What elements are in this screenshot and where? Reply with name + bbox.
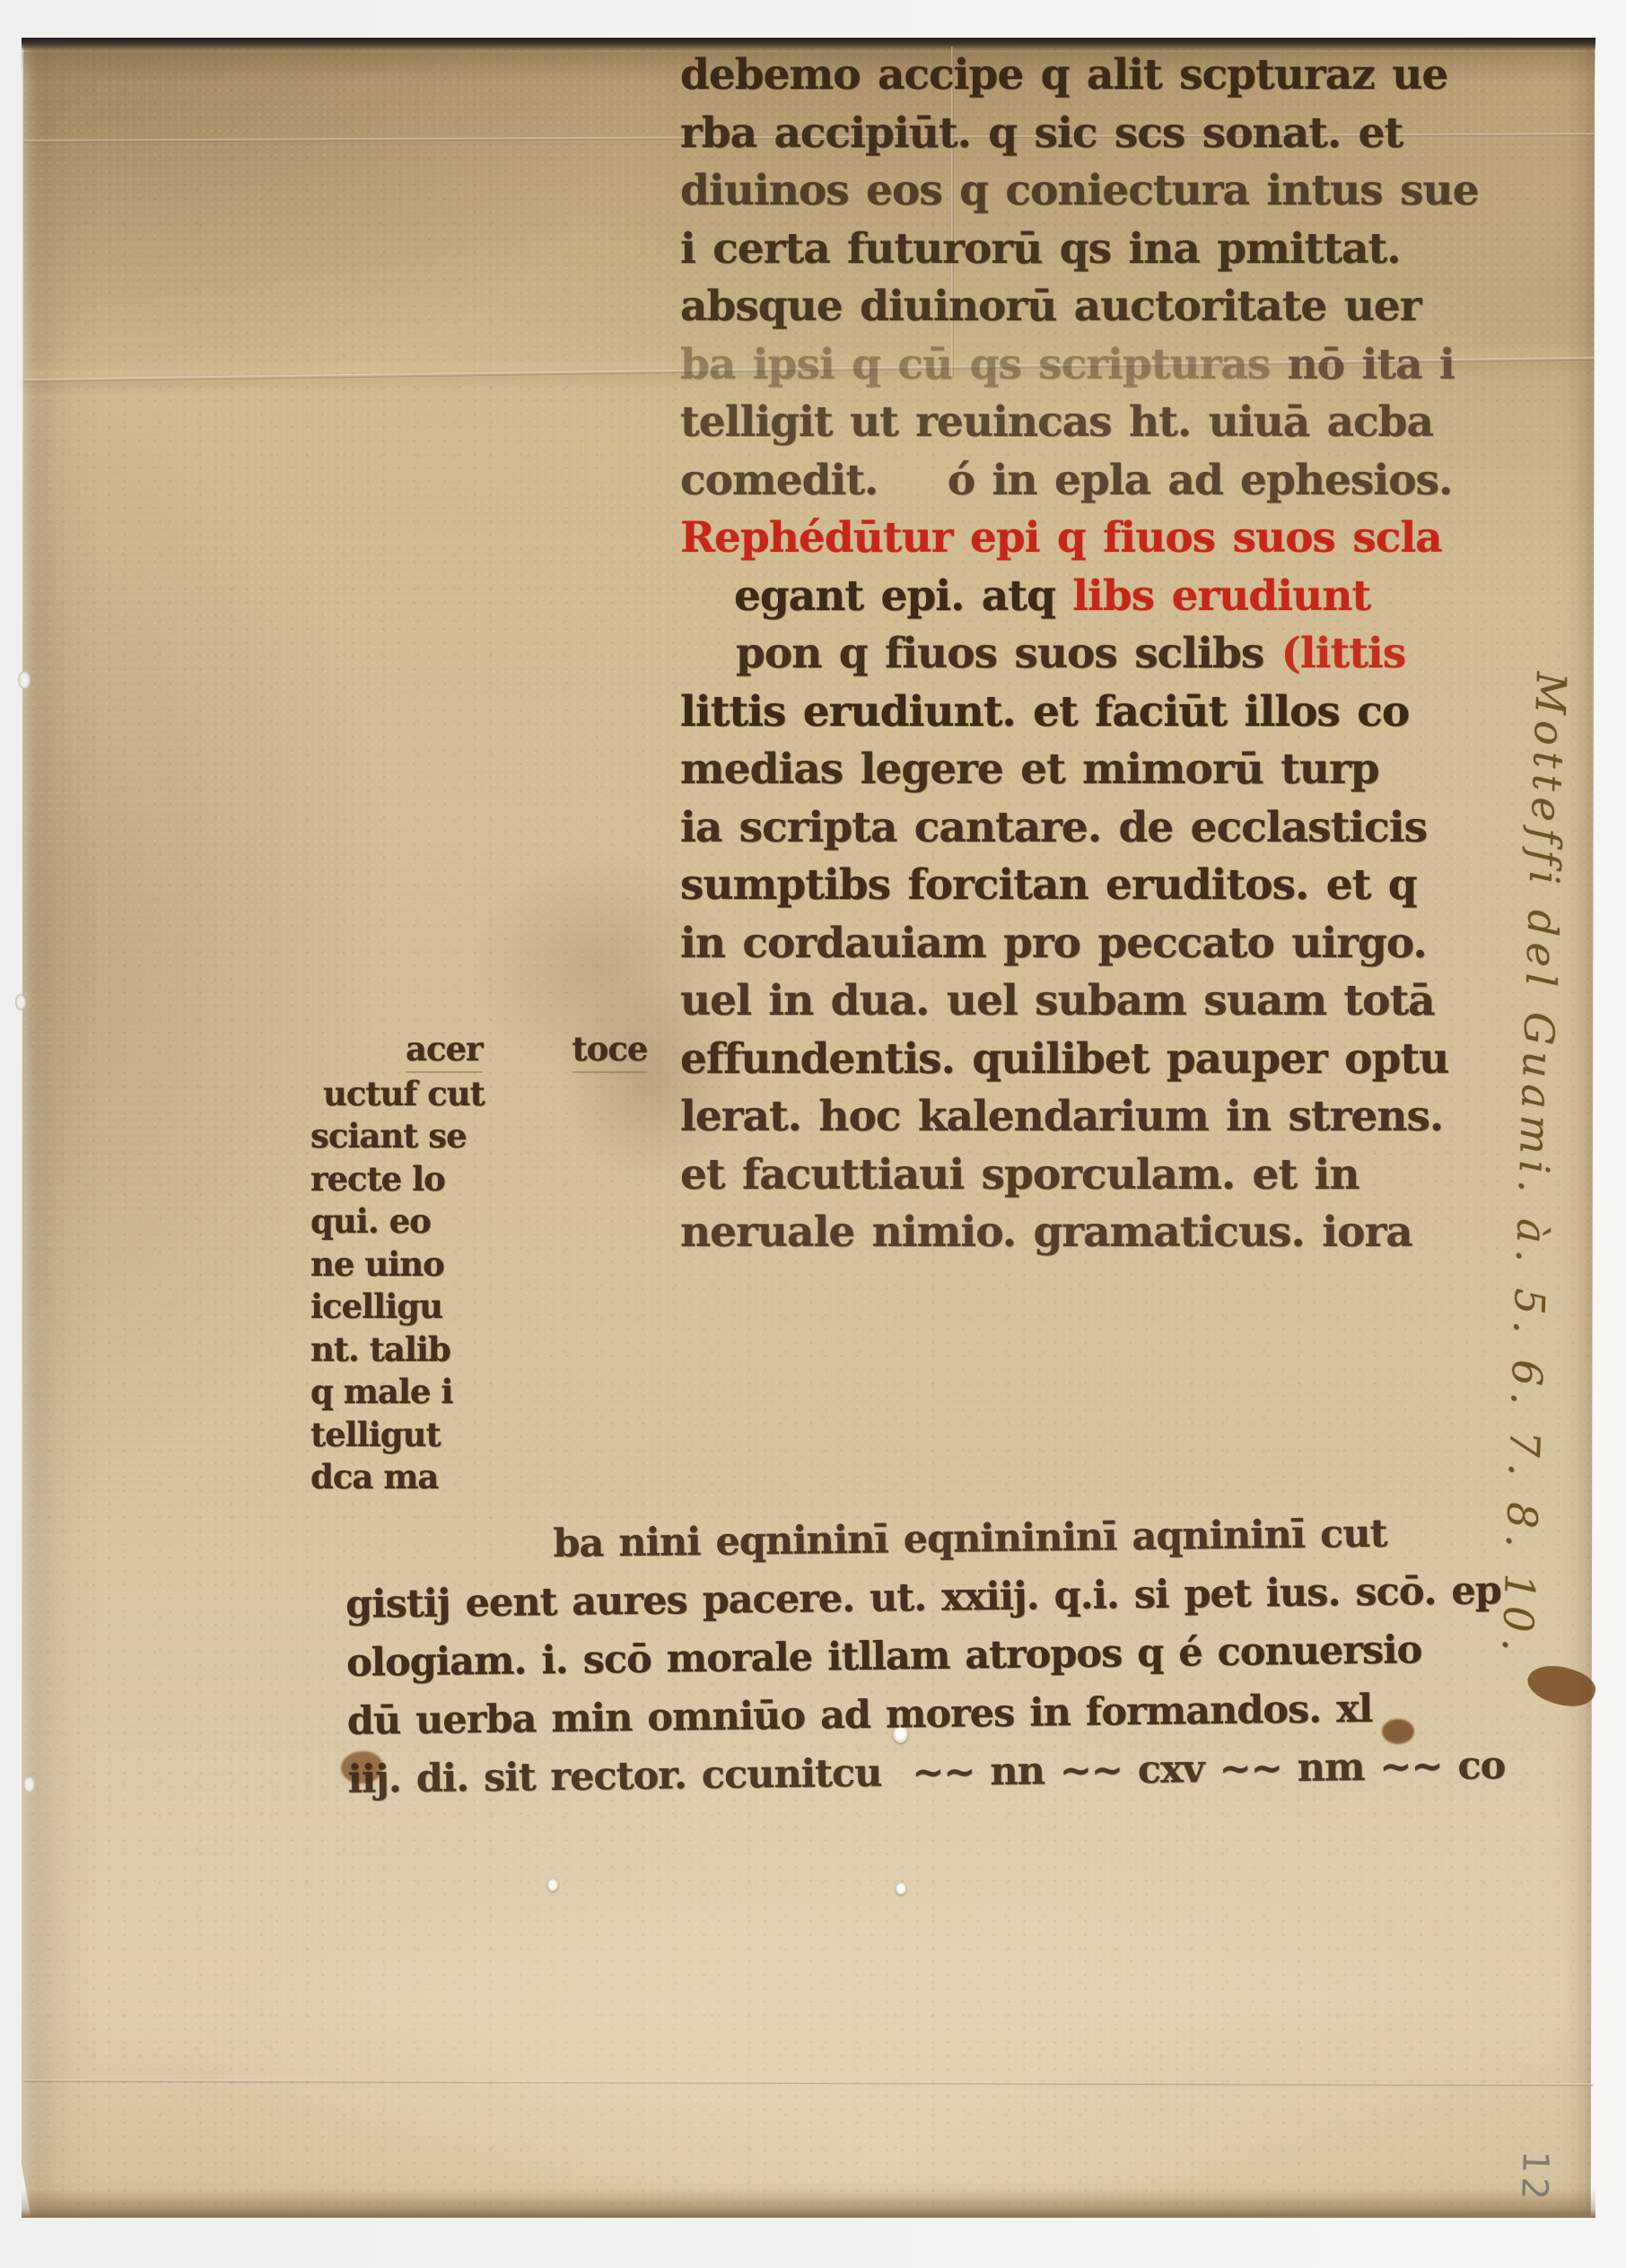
- text-line: acer: [406, 1028, 483, 1073]
- text-line: comedit. ó in epla ad ephesios.: [680, 452, 1479, 510]
- text-segment: sumptibs forcitan eruditos. et q: [680, 860, 1417, 910]
- text-segment: debemo accipe q alit scpturaz ue: [680, 50, 1447, 100]
- text-segment: ologiam. i. scō morale itllam atropos q …: [346, 1627, 1422, 1686]
- text-line: i certa futurorū qs ina pmittat.: [680, 221, 1479, 279]
- text-line: debemo accipe q alit scpturaz ue: [680, 47, 1479, 105]
- text-segment: telligut: [310, 1415, 441, 1454]
- text-line: telligut: [310, 1414, 647, 1457]
- text-line: ne uino: [310, 1243, 647, 1287]
- rubric-text-segment: Rephédūtur epi q fiuos suos scla: [680, 513, 1442, 563]
- text-line: littis erudiunt. et faciūt illos co: [680, 684, 1479, 742]
- pencil-folio-number: 12: [1513, 2150, 1556, 2203]
- text-segment: sciant se: [310, 1116, 467, 1156]
- text-segment: ia scripta cantare. de ecclasticis: [680, 803, 1427, 852]
- text-segment: gistij eent aures pacere. ut. xxiij. q.i…: [345, 1568, 1501, 1627]
- text-segment: effundentis. quilibet pauper optu: [680, 1034, 1448, 1084]
- text-line: ia scripta cantare. de ecclasticis: [680, 799, 1479, 858]
- text-segment: toce: [573, 1029, 648, 1069]
- text-line: sciant se: [310, 1115, 647, 1158]
- text-line: q male i: [310, 1371, 647, 1414]
- text-segment: dū uerba min omniūo ad mores in formando…: [347, 1687, 1373, 1744]
- marginal-gloss-column: acertoceuctuf cutsciant serecte loqui. e…: [310, 1028, 647, 1499]
- text-segment: q male i: [310, 1372, 452, 1411]
- text-line: toce: [573, 1028, 648, 1073]
- text-segment: acer: [406, 1029, 483, 1069]
- text-segment: uel in dua. uel subam suam totā: [680, 976, 1435, 1025]
- text-segment: medias legere et mimorū turp: [680, 745, 1379, 794]
- text-segment: littis erudiunt. et faciūt illos co: [680, 687, 1409, 737]
- text-line: nt. talib: [310, 1329, 647, 1372]
- text-line: effundentis. quilibet pauper optu: [680, 1031, 1479, 1089]
- text-line: dca ma: [310, 1456, 647, 1499]
- text-line: Rephédūtur epi q fiuos suos scla: [680, 510, 1479, 568]
- text-line: telligit ut reuincas ht. uiuā acba: [680, 394, 1479, 452]
- text-segment: pon q fiuos suos sclibs: [736, 629, 1281, 678]
- sewing-hole: [18, 671, 31, 689]
- text-line: in cordauiam pro peccato uirgo.: [680, 915, 1479, 973]
- text-line: egant epi. atq libs erudiunt: [734, 568, 1479, 626]
- rubric-text-segment: libs erudiunt: [1072, 571, 1370, 621]
- text-segment: nō ita i: [1270, 340, 1454, 389]
- text-line: pon q fiuos suos sclibs (littis: [736, 625, 1479, 684]
- main-text-column: debemo accipe q alit scpturaz uerba acci…: [680, 47, 1479, 1262]
- manuscript-scan: debemo accipe q alit scpturaz uerba acci…: [0, 0, 1626, 2268]
- text-segment: telligit ut reuincas ht. uiuā acba: [680, 397, 1433, 447]
- text-segment: nt. talib: [310, 1330, 450, 1369]
- text-segment: ba ipsi q cū qs scripturas: [680, 340, 1270, 389]
- text-segment: i certa futurorū qs ina pmittat.: [680, 224, 1401, 274]
- lower-text-block: ba nini eqnininī eqninininī aqnininī cut…: [345, 1504, 1506, 1810]
- text-line: rba accipiūt. q sic scs sonat. et: [680, 105, 1479, 163]
- text-segment: ne uino: [310, 1244, 444, 1284]
- text-line: medias legere et mimorū turp: [680, 741, 1479, 799]
- text-line: et facuttiaui sporculam. et in: [680, 1147, 1479, 1205]
- text-segment: absque diuinorū auctoritate uer: [680, 282, 1421, 331]
- text-line: sumptibs forcitan eruditos. et q: [680, 857, 1479, 915]
- text-line: diuinos eos q coniectura intus sue: [680, 162, 1479, 221]
- text-segment: rba accipiūt. q sic scs sonat. et: [680, 109, 1403, 158]
- text-line: qui. eo: [310, 1200, 647, 1243]
- text-segment: qui. eo: [310, 1201, 431, 1241]
- text-segment: ba nini eqnininī eqninininī aqnininī cut: [553, 1512, 1387, 1566]
- text-segment: et facuttiaui sporculam. et in: [680, 1150, 1359, 1199]
- sewing-hole: [15, 994, 26, 1010]
- text-segment: icelligu: [310, 1287, 442, 1326]
- text-segment: lerat. hoc kalendarium in strens.: [680, 1092, 1443, 1141]
- rubric-text-segment: (littis: [1281, 629, 1406, 678]
- text-segment: neruale nimio. gramaticus. iora: [680, 1208, 1412, 1257]
- leaf-bottom-edge: [22, 2189, 1595, 2218]
- text-line: lerat. hoc kalendarium in strens.: [680, 1088, 1479, 1147]
- text-line: ba ipsi q cū qs scripturas nō ita i: [680, 336, 1479, 395]
- text-segment: diuinos eos q coniectura intus sue: [680, 166, 1479, 215]
- text-line: absque diuinorū auctoritate uer: [680, 278, 1479, 336]
- text-line: uctuf cut: [323, 1073, 647, 1116]
- text-segment: egant epi. atq: [734, 571, 1072, 621]
- text-line: neruale nimio. gramaticus. iora: [680, 1204, 1479, 1262]
- text-line: recte lo: [310, 1158, 647, 1201]
- text-segment: uctuf cut: [323, 1074, 485, 1113]
- text-segment: dca ma: [310, 1457, 438, 1496]
- text-segment: in cordauiam pro peccato uirgo.: [680, 919, 1427, 968]
- sewing-hole: [23, 1776, 35, 1793]
- text-line: uel in dua. uel subam suam totā: [680, 973, 1479, 1031]
- text-segment: iij. di. sit rector. ccunitcu ~~ nn ~~ c…: [347, 1743, 1505, 1802]
- text-segment: recte lo: [310, 1159, 445, 1199]
- pin-hole: [547, 1879, 558, 1891]
- text-segment: comedit. ó in epla ad ephesios.: [680, 456, 1452, 505]
- text-line: icelligu: [310, 1286, 647, 1329]
- pin-hole: [896, 1882, 906, 1895]
